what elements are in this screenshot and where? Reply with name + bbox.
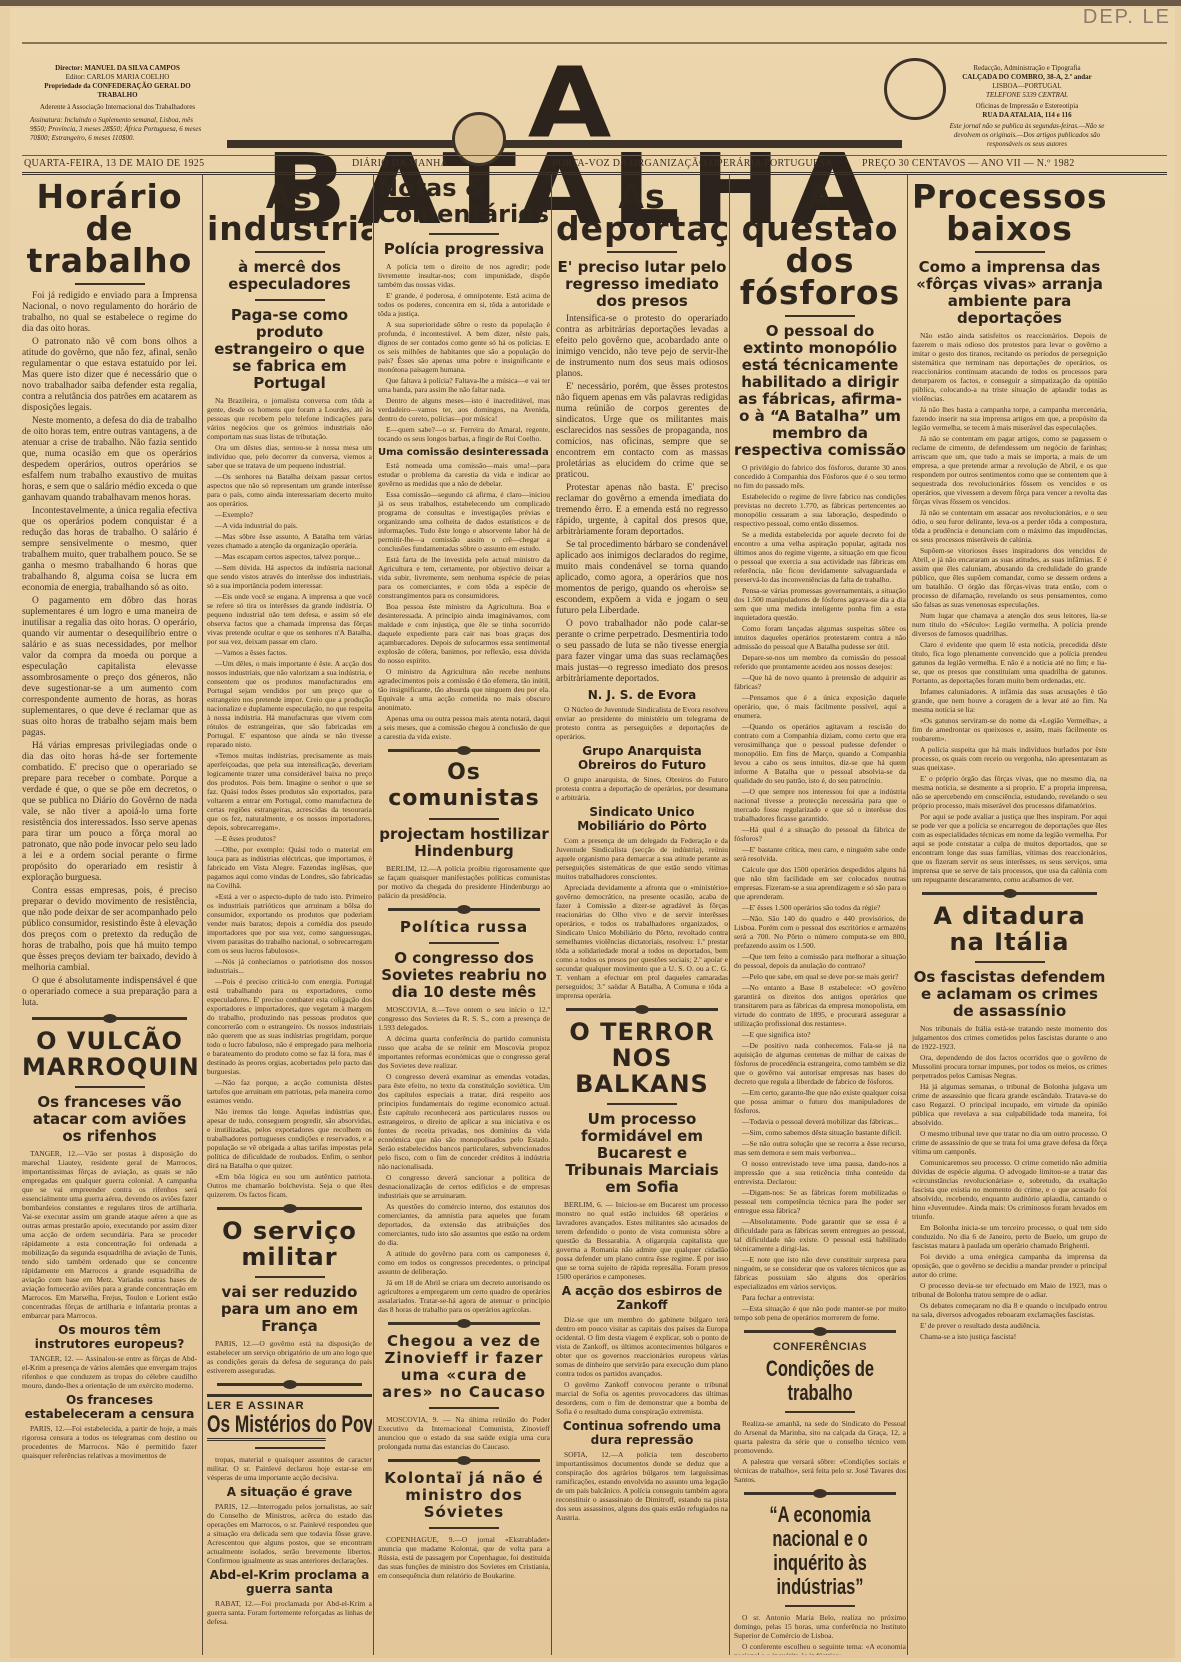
article-paragraph: COPENHAGUE, 9.—O jornal «Ekstrabladet» a… [378, 1535, 550, 1580]
article-paragraph: O privilégio do fabrico dos fósforos, du… [734, 463, 906, 490]
article: LER E ASSINAROs Mistérios do Povotropas,… [207, 1383, 372, 1482]
article-subhead: projectam hostilizar Hindenburg [378, 826, 550, 860]
ornamental-divider [744, 1492, 896, 1495]
notas-comentarios-heading: Notas & Comentários [378, 175, 550, 227]
article-kicker: CONFERÊNCIAS [734, 1341, 906, 1353]
article-paragraph: O conferente escolheu o seguinte tema: «… [734, 1642, 906, 1655]
editorial-note: Este jornal não se publica às segundas-f… [937, 122, 1117, 149]
article-paragraph: —O que sempre nos interessou foi que a i… [734, 787, 906, 823]
article-paragraph: O sr. Antonio Maria Belo, realiza no pró… [734, 1613, 906, 1640]
headline-rule [255, 251, 325, 253]
article-paragraph: O nosso entrevistado teve uma pausa, dan… [734, 1159, 906, 1186]
headline-rule [429, 1407, 499, 1409]
article: Sindicato Unico Mobiliário do PôrtoCom a… [556, 805, 728, 1000]
headline-rule [607, 251, 677, 253]
masthead-right-info: Redacção, Administração e Tipografia CAL… [937, 64, 1117, 149]
article-paragraph: O congresso deverá sancionar a política … [378, 1173, 550, 1200]
ornamental-divider [217, 1383, 362, 1386]
article-paragraph: —Digam-nos: Se as fábricas forem mobiliz… [734, 1188, 906, 1215]
article-paragraph: —Os senhores na Batalha deixam passar ce… [207, 472, 372, 508]
article: Os mouros têm instrutores europeus?TANGE… [22, 1323, 197, 1390]
article-subhead: Sindicato Unico Mobiliário do Pôrto [556, 805, 728, 833]
article-paragraph: —E note que isto não deve constituir sur… [734, 1255, 906, 1291]
headline-rule [975, 251, 1045, 253]
article: O VULCÃO MARROQUINOOs franceses vão atac… [22, 1017, 197, 1320]
article-paragraph: «Em bôa lógica eu sou um autêntico patri… [207, 1172, 372, 1199]
article-headline: Horário de trabalho [22, 181, 197, 277]
article-paragraph: Há já algumas semanas, o tribunal de Bol… [912, 1082, 1107, 1127]
article-paragraph: O pagamento em dôbro das horas suplement… [22, 596, 197, 739]
masthead-left-info: Director: MANUEL DA SILVA CAMPOS Editor:… [30, 64, 205, 143]
director-line: Director: MANUEL DA SILVA CAMPOS [30, 64, 205, 73]
article-paragraph: —Não. São 140 do quadro e 440 provisório… [734, 914, 906, 950]
article: CONFERÊNCIASCondições de trabalhoRealiza… [734, 1330, 906, 1484]
article-subhead: N. J. S. de Evora [556, 688, 728, 702]
article-paragraph: Realiza-se amanhã, na sede do Sindicato … [734, 1419, 906, 1455]
column-1: Horário de trabalhoFoi já redigido e env… [22, 175, 197, 1655]
article-headline: As deportações [556, 181, 728, 245]
article-paragraph: Está farta de lhe investida pelo actual … [378, 555, 550, 600]
telephone-line: TELEFONE 5339 CENTRAL [937, 91, 1117, 100]
article-paragraph: —E que significa isto? [734, 1030, 906, 1039]
article-paragraph: Chama-se a isto justiça fascista! [912, 1332, 1107, 1341]
article-paragraph: Não iremos tão longe. Aquelas indústrias… [207, 1107, 372, 1170]
article-paragraph: E' grande, é poderosa, é omnipotente. Es… [378, 291, 550, 318]
article: A situação é gravePARIS, 12.—Interrogado… [207, 1485, 372, 1565]
price-and-issue: PREÇO 30 CENTAVOS — ANO VII — N.º 1982 [862, 156, 1075, 171]
article-paragraph: Se tal procedimento bárbaro se condenáve… [556, 540, 728, 617]
article-paragraph: MOSCOVIA, 8.—Teve ontem o seu início o 1… [378, 1005, 550, 1032]
article-paragraph: Infames caluniadores. A infâmia das suas… [912, 687, 1107, 714]
ornamental-divider [388, 908, 540, 911]
article-paragraph: —Que há de novo quanto à pretensão de ad… [734, 673, 906, 691]
article-paragraph: Intensifica-se o protesto do operariado … [556, 314, 728, 380]
article-paragraph: Foi já redigido e enviado para a Imprens… [22, 291, 197, 335]
article-headline: Os Mistérios do Povo [207, 1412, 326, 1441]
article-paragraph: Já não se contentam em assacar aos revol… [912, 508, 1107, 544]
article-paragraph: Boa pessoa êste ministro da Agricultura.… [378, 602, 550, 665]
article-headline: Kolontaï já não é ministro dos Sóvietes [378, 1470, 550, 1521]
article: Uma comissão desinteressadaEstá nomeada … [378, 447, 550, 741]
article-paragraph: —No entanto a Base 8 estabelece: «O govê… [734, 983, 906, 1028]
address-line-2: CALÇADA DO COMBRO, 38-A, 2.º andar [937, 73, 1117, 82]
article-paragraph: —Exemplo? [207, 510, 372, 519]
article-paragraph: Não estão ainda satisfeitos os reaccioná… [912, 331, 1107, 403]
article-paragraph: —Olhe, por exemplo: Quási todo o materia… [207, 845, 372, 890]
article-kicker: LER E ASSINAR [207, 1394, 372, 1412]
article-headline: Chegou a vez de Zinovieff ir fazer uma «… [378, 1333, 550, 1401]
ornamental-divider [922, 892, 1097, 895]
article-subhead: Como a imprensa das «fôrças vivas» arran… [912, 259, 1107, 327]
article-paragraph: —Quando os operários agitavam a rescisão… [734, 722, 906, 785]
article-paragraph: —Não faz porque, a acção comunista dêste… [207, 1078, 372, 1105]
article-paragraph: A atitude do govêrno para com os campone… [378, 1249, 550, 1276]
article-subhead: Grupo Anarquista Obreiros do Futuro [556, 744, 728, 772]
article-paragraph: RABAT, 12.—Foi proclamada por Abd-el-Kri… [207, 1599, 372, 1626]
article-paragraph: —E' bastante crítica, meu caro, e ningué… [734, 845, 906, 863]
article-paragraph: Dentro de alguns meses—isto é inacreditá… [378, 396, 550, 423]
article-paragraph: O Núcleo de Juventude Sindicalista de Ev… [556, 705, 728, 741]
article-subhead: Abd-el-Krim proclama a guerra santa [207, 1568, 372, 1596]
article: N. J. S. de EvoraO Núcleo de Juventude S… [556, 688, 728, 741]
deposit-stamp: DEP. LE [1083, 6, 1171, 29]
article-paragraph: Ora um dêstes dias, sentou-se à nossa me… [207, 443, 372, 470]
article-paragraph: —Sim, como sabemos dêsta situação bastan… [734, 1128, 906, 1137]
article-paragraph: Apenas uma ou outra pessoa mais atenta n… [378, 714, 550, 741]
article-paragraph: A sua superioridade sôbre o resto da pop… [378, 320, 550, 374]
article-paragraph: —Pelo que sabe, em qual se deve por-se m… [734, 972, 906, 981]
headline-rule [975, 961, 1045, 963]
article-paragraph: Em Bolonha inicia-se um terceiro process… [912, 1223, 1107, 1250]
article-paragraph: —Sem dúvida. Há aspectos da indústria na… [207, 563, 372, 590]
newspaper-logo: A BATALHA [227, 61, 922, 151]
article-subhead: A situação é grave [207, 1485, 372, 1499]
article-paragraph: A décima quarta conferência do partido c… [378, 1034, 550, 1070]
article-paragraph: TANGER, 12. — Assinalou-se entre as fôrç… [22, 1354, 197, 1390]
article-paragraph: Essa comissão—segundo cá afirma, é claro… [378, 490, 550, 553]
article-headline: A ditadura na Itália [912, 903, 1107, 955]
article-paragraph: —Pois é preciso criticá-lo com energia. … [207, 977, 372, 1076]
article-headline: As indústrias [207, 181, 372, 245]
article-paragraph: E' necessário, porém, que êsses protesto… [556, 382, 728, 481]
article-paragraph: —Há qual é a situação do pessoal da fábr… [734, 825, 906, 843]
member-line: Aderente à Associação Internacional dos … [30, 103, 205, 112]
article: O TERROR NOS BALKANSUm processo formidáv… [556, 1008, 728, 1281]
article-paragraph: —Eis onde você se engana. A imprensa a q… [207, 592, 372, 646]
article-paragraph: O povo trabalhador não pode calar-se per… [556, 619, 728, 685]
headline-rule [607, 1103, 677, 1105]
article: A ditadura na ItáliaOs fascistas defende… [912, 892, 1107, 1341]
article-paragraph: Claro é evidente que quem lê esta notíci… [912, 640, 1107, 685]
article-paragraph: Ora, dependendo de dos factos ocorridos … [912, 1053, 1107, 1080]
article-paragraph: —Mas sôbre êsse assunto, A Batalha tem v… [207, 532, 372, 550]
article-paragraph: As questões do comércio interno, dos est… [378, 1202, 550, 1247]
article-headline: O TERROR NOS BALKANS [556, 1019, 728, 1097]
article: Horário de trabalhoFoi já redigido e env… [22, 181, 197, 1009]
article-headline: O serviço militar [207, 1218, 372, 1270]
article: “A economia nacional e o inquérito às in… [734, 1492, 906, 1655]
article-paragraph: —Que tem feito a comissão para melhorar … [734, 952, 906, 970]
article-paragraph: —E' êsses 1.500 operários são todos da r… [734, 903, 906, 912]
ornamental-divider [388, 1322, 540, 1325]
article-paragraph: Por aqui se pode avaliar a justiça que l… [912, 812, 1107, 884]
paper-motto: PORTA-VOZ DA ORGANIZAÇÃO OPERÁRIA PORTUG… [552, 156, 833, 171]
article-paragraph: «Temos muitas indústrias, precisamente a… [207, 751, 372, 832]
article-headline: Processos baixos [912, 181, 1107, 245]
ornamental-divider [388, 1459, 540, 1462]
article-paragraph: Nos tribunais de Itália está-se tratando… [912, 1024, 1107, 1051]
article-paragraph: A palestra que versará sôbre: «Condições… [734, 1457, 906, 1484]
workshop-address: RUA DA ATALAIA, 114 e 116 [937, 111, 1117, 120]
headline-rule [75, 1086, 145, 1088]
article: Chegou a vez de Zinovieff ir fazer uma «… [378, 1322, 550, 1451]
article: As indústriasà mercê dos especuladoresPa… [207, 181, 372, 1199]
article-paragraph: PARIS, 12.—Foi estabelecida, a partir de… [22, 1424, 197, 1460]
article-paragraph: PARIS, 12.—Interrogado pelos jornalistas… [207, 1502, 372, 1565]
headline-rule [429, 1527, 499, 1529]
article-headline: Condições de trabalho [756, 1357, 885, 1405]
address-line-3: LISBOA—PORTUGAL [937, 82, 1117, 91]
headline-rule [75, 283, 145, 285]
article-paragraph: Diz-se que um membro do gabinete búlgaro… [556, 1315, 728, 1378]
article-subhead: Uma comissão desinteressada [378, 447, 550, 459]
ornamental-divider [388, 749, 540, 752]
article-paragraph: O grupo anarquista, de Sines, Obreiros d… [556, 775, 728, 802]
article-headline: O VULCÃO MARROQUINO [22, 1028, 197, 1080]
article-paragraph: O congresso deverá examinar as emendas v… [378, 1072, 550, 1171]
article-subhead: Continua sofrendo uma dura repressão [556, 1419, 728, 1447]
article-deck: à mercê dos especuladores [207, 259, 372, 293]
masthead: Director: MANUEL DA SILVA CAMPOS Editor:… [22, 42, 1167, 150]
article-headline: Política russa [378, 919, 550, 936]
article-subhead: Polícia progressiva [378, 241, 550, 258]
article-paragraph: O que é absolutamente indispensável é qu… [22, 976, 197, 1009]
article-paragraph: —Todavia o pessoal deverá mobilizar das … [734, 1117, 906, 1126]
article: A questão dos fósforosO pessoal do extin… [734, 181, 906, 1322]
article-paragraph: Calcule que dos 1500 operários despedido… [734, 865, 906, 901]
article-paragraph: —Se não outra solução que se recorra a ê… [734, 1139, 906, 1157]
article: Os franceses estabeleceram a censuraPARI… [22, 1393, 197, 1460]
article: Continua sofrendo uma dura repressãoSOFI… [556, 1419, 728, 1522]
article: Política russaO congresso dos Sovietes r… [378, 908, 550, 1314]
headline-rule [255, 1447, 325, 1449]
article-paragraph: Como foram lançadas algumas suspeitas sô… [734, 624, 906, 651]
article: Processos baixosComo a imprensa das «fôr… [912, 181, 1107, 884]
article-paragraph: —Em certo, garanto-lhe que não existe qu… [734, 1088, 906, 1115]
article-paragraph: Já não lhes basta a campanha torpe, a ca… [912, 405, 1107, 432]
article-paragraph: Na Brazileira, o jornalista conversa com… [207, 396, 372, 441]
ornamental-divider [217, 1207, 362, 1210]
column-6: Processos baixosComo a imprensa das «fôr… [907, 175, 1107, 1655]
article: Notas & ComentáriosPolícia progressivaA … [378, 175, 550, 443]
article-paragraph: SOFIA, 12.—A polícia tem descoberto impo… [556, 1450, 728, 1522]
headline-rule [785, 315, 855, 317]
column-4: As deportaçõesE' preciso lutar pelo regr… [551, 175, 728, 1655]
headline-rule [785, 1411, 855, 1413]
article-paragraph: BERLIM, 6. — Iniciou-se em Bucarest um p… [556, 1200, 728, 1281]
article-paragraph: Pensa-se várias promessas governamentais… [734, 586, 906, 622]
ornamental-divider [566, 1008, 718, 1011]
article-paragraph: O ministro da Agricultura não recebe nen… [378, 667, 550, 712]
subscription-line: Assinatura: Incluindo o Suplemento seman… [30, 116, 205, 143]
article-headline: A questão dos fósforos [734, 181, 906, 309]
article-paragraph: O processo devia-se ter efectuado em Mai… [912, 1281, 1107, 1299]
article-paragraph: Depare-se-nos um membro da comissão do p… [734, 653, 906, 671]
column-5: A questão dos fósforosO pessoal do extin… [729, 175, 906, 1655]
article-paragraph: Apreciada devidamente a afronta que o «m… [556, 883, 728, 1000]
article-paragraph: Neste momento, a defesa do dia de trabal… [22, 416, 197, 504]
article-subhead: E' preciso lutar pelo regresso imediato … [556, 259, 728, 310]
article-subhead: Paga-se como produto estrangeiro o que s… [207, 307, 372, 392]
article-paragraph: —Pensamos que é a única exposição daquel… [734, 693, 906, 720]
article: Os comunistasprojectam hostilizar Hinden… [378, 749, 550, 900]
article-paragraph: Há várias empresas privilegiadas onde o … [22, 741, 197, 884]
article-paragraph: A polícia tem o direito de nos agredir; … [378, 262, 550, 289]
article-paragraph: E' o próprio órgão das fôrças vivas, que… [912, 774, 1107, 810]
article-paragraph: Contra essas empresas, pois, é preciso p… [22, 886, 197, 974]
column-2: As indústriasà mercê dos especuladoresPa… [202, 175, 372, 1655]
article-subhead: O congresso dos Sovietes reabriu no dia … [378, 950, 550, 1001]
headline-rule [255, 1276, 325, 1278]
article-subhead: Os franceses estabeleceram a censura [22, 1393, 197, 1421]
dateline: QUARTA-FEIRA, 13 DE MAIO DE 1925 DIÁRIO … [22, 155, 1167, 175]
article-paragraph: —Absolutamente. Pode garantir que se ess… [734, 1217, 906, 1253]
headline-rule [429, 818, 499, 820]
article: Grupo Anarquista Obreiros do FuturoO gru… [556, 744, 728, 802]
article: Kolontaï já não é ministro dos SóvietesC… [378, 1459, 550, 1580]
owner-line: Propriedade da CONFEDERAÇÃO GERAL DO TRA… [30, 82, 205, 100]
article-paragraph: PARIS, 12.—O govêrno está na disposição … [207, 1339, 372, 1375]
article-paragraph: —Um dêles, o mais importante é êste. A a… [207, 659, 372, 749]
headline-rule [429, 233, 499, 235]
article-subhead: Os mouros têm instrutores europeus? [22, 1323, 197, 1351]
article-subhead: vai ser reduzido para um ano em França [207, 1284, 372, 1335]
article-paragraph: Que faltava à polícia? Faltava-lhe a mús… [378, 376, 550, 394]
article-paragraph: O govêrno Zankoff convocou perante o tri… [556, 1380, 728, 1416]
article-paragraph: Estabelecido o regime de livre fabrico n… [734, 492, 906, 528]
article: A acção dos esbirros de ZankoffDiz-se qu… [556, 1284, 728, 1416]
article-paragraph: Protestar apenas não basta. E' preciso r… [556, 483, 728, 538]
article-paragraph: Está nomeada uma comissão—mais uma!—para… [378, 461, 550, 488]
article: As deportaçõesE' preciso lutar pelo regr… [556, 181, 728, 685]
article: Abd-el-Krim proclama a guerra santaRABAT… [207, 1568, 372, 1626]
article-paragraph: BERLIM, 12.—A polícia proibiu rigorosame… [378, 864, 550, 900]
article-headline: Os comunistas [378, 760, 550, 812]
article-paragraph: MOSCOVIA, 9. — Na última reünião do Pode… [378, 1415, 550, 1451]
ornamental-divider [32, 1017, 187, 1020]
article-paragraph: Já em 18 de Abril se criara um decreto a… [378, 1278, 550, 1314]
headline-rule [429, 942, 499, 944]
logo-underline [227, 140, 902, 148]
article-paragraph: —E êsses produtos? [207, 834, 372, 843]
top-edge [0, 0, 1181, 6]
article-paragraph: «Está a ver o aspecto-duplo de tudo isto… [207, 892, 372, 955]
article: O serviço militarvai ser reduzido para u… [207, 1207, 372, 1375]
article-paragraph: Já não se contentam em pagar artigos, co… [912, 434, 1107, 506]
article-paragraph: O patronato não vê com bons olhos a atit… [22, 337, 197, 414]
article-paragraph: Para fechar a entrevista: [734, 1293, 906, 1302]
article-paragraph: A polícia suspeita que há mais indivíduo… [912, 745, 1107, 772]
headline-rule [785, 1605, 855, 1607]
article-paragraph: —Mas escapam certos aspectos, talvez por… [207, 552, 372, 561]
article-paragraph: —De positivo nada conhecemos. Fala-se já… [734, 1041, 906, 1086]
article-headline: “A economia nacional e o inquérito às in… [756, 1503, 885, 1599]
article-paragraph: Foi devido a uma enérgica campanha da im… [912, 1252, 1107, 1279]
article-paragraph: Incontestavelmente, a única regalia efec… [22, 506, 197, 594]
article-paragraph: Se a medida estabelecida por aquele decr… [734, 530, 906, 584]
issue-date: QUARTA-FEIRA, 13 DE MAIO DE 1925 [24, 156, 204, 171]
article-paragraph: —Vamos a êsses factos. [207, 648, 372, 657]
article-paragraph: E—quem sabe?—o sr. Ferreira do Amaral, r… [378, 425, 550, 443]
paper-subtitle: DIÁRIO DA MANHÃ [352, 156, 448, 171]
article-paragraph: O mesmo tribunal teve que tratar no dia … [912, 1129, 1107, 1156]
article-subhead: A acção dos esbirros de Zankoff [556, 1284, 728, 1312]
article-subhead: Os fascistas defendem e aclamam os crime… [912, 969, 1107, 1020]
editor-line: Editor: CARLOS MARIA COELHO [30, 73, 205, 82]
article-paragraph: E' de prever o resultado desta audiência… [912, 1321, 1107, 1330]
article-paragraph: Os debates começaram no dia 8 e quando o… [912, 1301, 1107, 1319]
article-paragraph: «Os gatunos serviram-se do nome da «Legi… [912, 716, 1107, 743]
article-paragraph: Num lugar que chamava a atenção dos seus… [912, 611, 1107, 638]
article-paragraph: —A vida industrial do país. [207, 521, 372, 530]
column-3: Notas & ComentáriosPolícia progressivaA … [373, 175, 550, 1655]
article-subhead: O pessoal do extinto monopólio está técn… [734, 323, 906, 459]
article-paragraph: TANGER, 12.—Vão ser postas à disposição … [22, 1149, 197, 1320]
article-paragraph: tropas, material e quaisquer assuntos de… [207, 1455, 372, 1482]
article-paragraph: Supõem-se vitoriosos êsses inspiradores … [912, 546, 1107, 609]
address-line-1: Redacção, Administração e Tipografia [937, 64, 1117, 73]
article-paragraph: —Nós já conhecíamos o patriotismo dos no… [207, 957, 372, 975]
ornamental-divider [744, 1330, 896, 1333]
article-paragraph: Comunicaremos seu processo. O crime come… [912, 1158, 1107, 1221]
article-paragraph: —Esta situação é que não pode manter-se … [734, 1304, 906, 1322]
article-paragraph: Com a presença de um delegado da Federaç… [556, 836, 728, 881]
deck-rule [255, 299, 325, 301]
workshop-line: Oficinas de Impressão e Estereotipia [937, 102, 1117, 111]
article-subhead: Os franceses vão atacar com aviões os ri… [22, 1094, 197, 1145]
article-subhead: Um processo formidável em Bucarest e Tri… [556, 1111, 728, 1196]
